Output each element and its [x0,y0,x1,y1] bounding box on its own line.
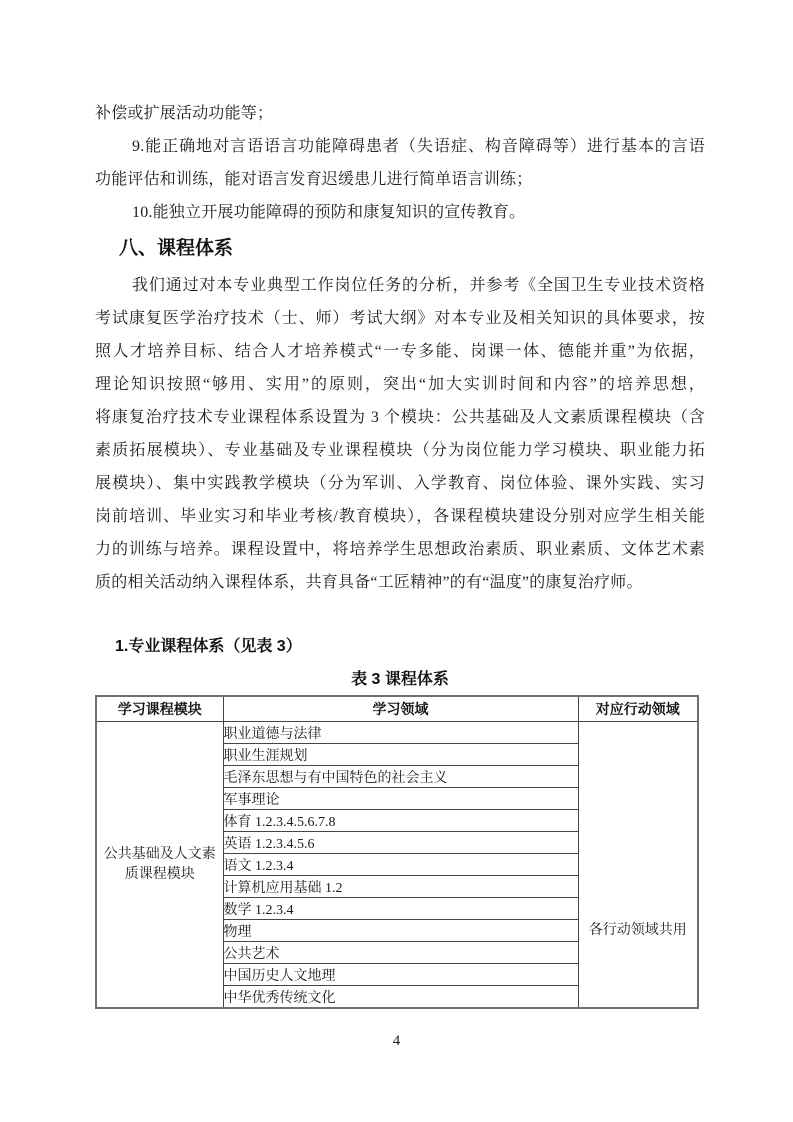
subsection-heading: 1.专业课程体系（见表 3） [115,637,302,657]
column-header-learning-domain: 学习领域 [223,696,578,722]
learning-domain-cell: 体育 1.2.3.4.5.6.7.8 [223,810,578,832]
section-heading: 八、课程体系 [119,238,233,260]
text-line: 质的相关活动纳入课程体系，共育具备“工匠精神”的有“温度”的康复治疗师。 [95,566,705,599]
table-header-row: 学习课程模块 学习领域 对应行动领域 [96,696,698,722]
learning-domain-cell: 毛泽东思想与有中国特色的社会主义 [223,766,578,788]
action-domain-cell: 各行动领域共用 [578,722,698,1009]
text-line: 力的训练与培养。课程设置中，将培养学生思想政治素质、职业素质、文体艺术素 [95,533,705,566]
intro-paragraphs: 补偿或扩展活动功能等；9.能正确地对言语语言功能障碍患者（失语症、构音障碍等）进… [95,97,705,229]
learning-domain-cell: 职业道德与法律 [223,722,578,744]
text-line: 考试康复医学治疗技术（士、师）考试大纲》对本专业及相关知识的具体要求，按 [95,302,705,335]
document-page: 补偿或扩展活动功能等；9.能正确地对言语语言功能障碍患者（失语症、构音障碍等）进… [0,0,793,1122]
learning-domain-cell: 计算机应用基础 1.2 [223,876,578,898]
action-domain-text: 各行动领域共用 [589,919,687,939]
learning-domain-cell: 职业生涯规划 [223,744,578,766]
text-line: 照人才培养目标、结合人才培养模式“一专多能、岗课一体、德能并重”为依据， [95,335,705,368]
table-caption: 表 3 课程体系 [95,670,705,690]
text-line: 岗前培训、毕业实习和毕业考核/教育模块），各课程模块建设分别对应学生相关能 [95,500,705,533]
section-paragraph: 我们通过对本专业典型工作岗位任务的分析，并参考《全国卫生专业技术资格考试康复医学… [95,269,705,599]
learning-domain-cell: 数学 1.2.3.4 [223,898,578,920]
text-line: 将康复治疗技术专业课程体系设置为 3 个模块：公共基础及人文素质课程模块（含 [95,401,705,434]
learning-domain-cell: 中国历史人文地理 [223,964,578,986]
text-line: 我们通过对本专业典型工作岗位任务的分析，并参考《全国卫生专业技术资格 [95,269,705,302]
text-line: 理论知识按照“够用、实用”的原则，突出“加大实训时间和内容”的培养思想， [95,368,705,401]
table-row: 公共基础及人文素质课程模块职业道德与法律各行动领域共用 [96,722,698,744]
text-line: 补偿或扩展活动功能等； [95,97,705,130]
page-number: 4 [0,1033,793,1050]
learning-domain-cell: 物理 [223,920,578,942]
learning-domain-cell: 军事理论 [223,788,578,810]
course-table: 学习课程模块 学习领域 对应行动领域 公共基础及人文素质课程模块职业道德与法律各… [95,695,699,1009]
text-line: 素质拓展模块）、专业基础及专业课程模块（分为岗位能力学习模块、职业能力拓 [95,434,705,467]
text-line: 展模块）、集中实践教学模块（分为军训、入学教育、岗位体验、课外实践、实习 [95,467,705,500]
text-line: 10.能独立开展功能障碍的预防和康复知识的宣传教育。 [95,196,705,229]
text-line: 功能评估和训练，能对语言发育迟缓患儿进行简单语言训练； [95,163,705,196]
column-header-action-domain: 对应行动领域 [578,696,698,722]
learning-domain-cell: 语文 1.2.3.4 [223,854,578,876]
text-line: 9.能正确地对言语语言功能障碍患者（失语症、构音障碍等）进行基本的言语 [95,130,705,163]
learning-domain-cell: 英语 1.2.3.4.5.6 [223,832,578,854]
learning-domain-cell: 公共艺术 [223,942,578,964]
learning-domain-cell: 中华优秀传统文化 [223,986,578,1009]
column-header-module: 学习课程模块 [96,696,223,722]
module-cell: 公共基础及人文素质课程模块 [96,722,223,1009]
